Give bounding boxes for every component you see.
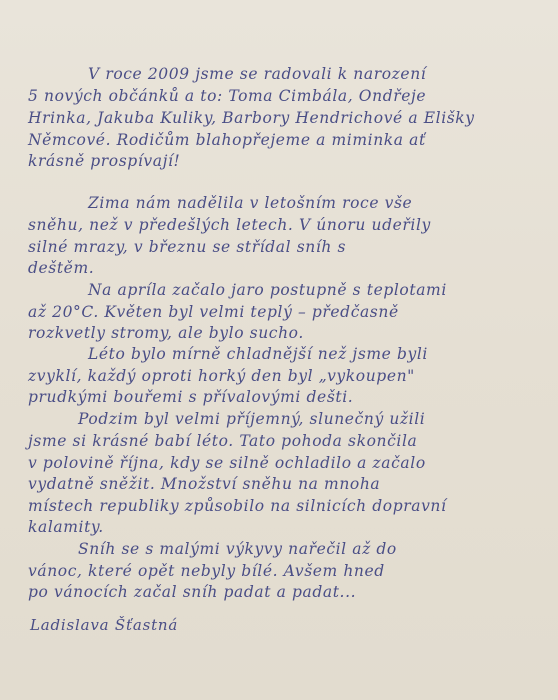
text-line: deštěm. bbox=[28, 258, 94, 278]
text-line: sněhu, než v předešlých letech. V únoru … bbox=[28, 215, 431, 235]
text-line: kalamity. bbox=[28, 517, 104, 537]
text-line: Zima nám nadělila v letošním roce vše bbox=[88, 193, 412, 213]
text-line: rozkvetly stromy, ale bylo sucho. bbox=[28, 323, 304, 343]
text-line: Na apríla začalo jaro postupně s teplota… bbox=[88, 280, 447, 300]
text-line: po vánocích začal sníh padat a padat... bbox=[28, 582, 356, 602]
text-line: Hrinka, Jakuba Kuliky, Barbory Hendricho… bbox=[28, 108, 475, 128]
text-line: vánoc, které opět nebyly bílé. Avšem hne… bbox=[28, 561, 385, 581]
text-line: silné mrazy, v březnu se střídal sníh s bbox=[28, 237, 346, 257]
text-line: V roce 2009 jsme se radovali k narození bbox=[88, 64, 426, 84]
text-line: Léto bylo mírně chladnější než jsme byli bbox=[88, 344, 428, 364]
text-line: vydatně sněžit. Množství sněhu na mnoha bbox=[28, 474, 380, 494]
text-line: zvyklí, každý oproti horký den byl „vyko… bbox=[28, 366, 415, 386]
text-line: Němcové. Rodičům blahopřejeme a miminka … bbox=[28, 130, 426, 150]
text-line: Sníh se s malými výkyvy nařečil až do bbox=[78, 539, 397, 559]
text-line: Podzim byl velmi příjemný, slunečný užil… bbox=[78, 409, 425, 429]
handwritten-page: V roce 2009 jsme se radovali k narození … bbox=[0, 0, 558, 700]
text-line: v polovině října, kdy se silně ochladilo… bbox=[28, 453, 426, 473]
text-line: prudkými bouřemi s přívalovými dešti. bbox=[28, 387, 353, 407]
text-line: jsme si krásné babí léto. Tato pohoda sk… bbox=[28, 431, 417, 451]
text-line: místech republiky způsobilo na silnicích… bbox=[28, 496, 447, 516]
signature: Ladislava Šťastná bbox=[30, 616, 178, 634]
text-line: 5 nových občánků a to: Toma Cimbála, Ond… bbox=[28, 86, 426, 106]
text-line: krásně prospívají! bbox=[28, 151, 180, 171]
text-line: až 20°C. Květen byl velmi teplý – předča… bbox=[28, 302, 399, 322]
